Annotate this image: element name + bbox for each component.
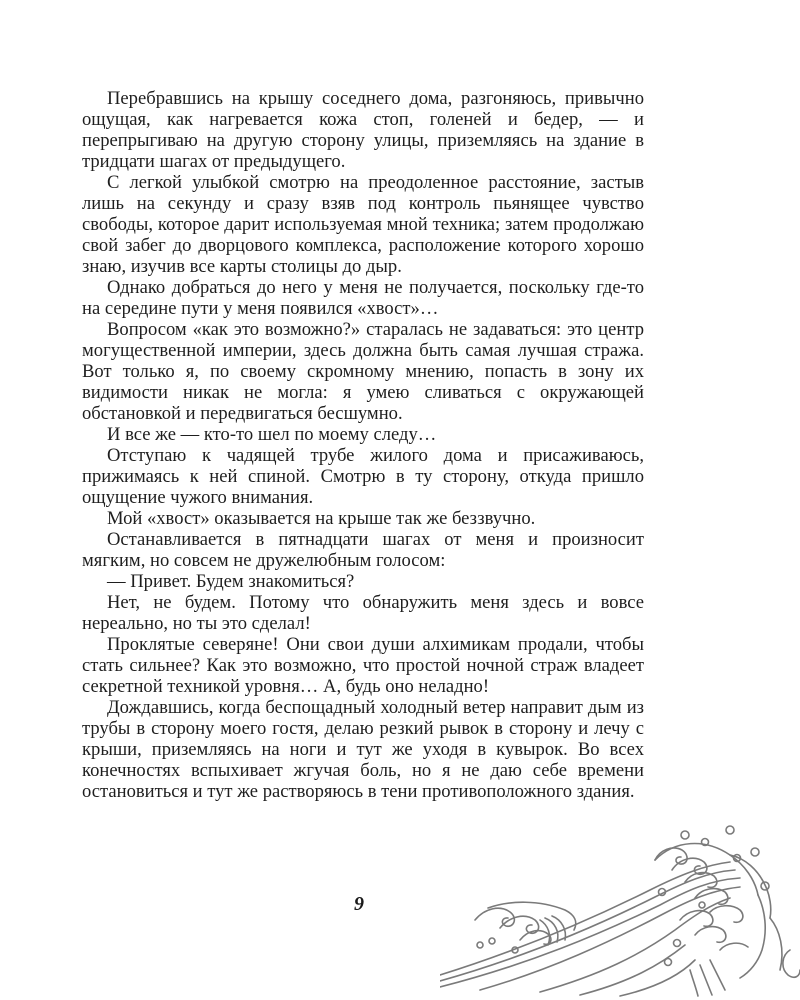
wave-illustration-icon — [440, 800, 800, 1000]
paragraph: Нет, не будем. Потому что обнаружить мен… — [82, 592, 644, 634]
paragraph: Однако добраться до него у меня не получ… — [82, 277, 644, 319]
paragraph: С легкой улыбкой смотрю на преодоленное … — [82, 172, 644, 277]
paragraph: Дождавшись, когда беспощадный холодный в… — [82, 697, 644, 802]
paragraph: Останавливается в пятнадцати шагах от ме… — [82, 529, 644, 571]
paragraph: Отступаю к чадящей трубе жилого дома и п… — [82, 445, 644, 508]
book-page: Перебравшись на крышу соседнего дома, ра… — [0, 0, 800, 1000]
paragraph: Вопросом «как это возможно?» старалась н… — [82, 319, 644, 424]
paragraph: Перебравшись на крышу соседнего дома, ра… — [82, 88, 644, 172]
paragraph: Проклятые северяне! Они свои души алхими… — [82, 634, 644, 697]
body-text: Перебравшись на крышу соседнего дома, ра… — [82, 88, 644, 802]
page-number: 9 — [354, 893, 364, 916]
paragraph: — Привет. Будем знакомиться? — [82, 571, 644, 592]
paragraph: И все же — кто-то шел по моему следу… — [82, 424, 644, 445]
paragraph: Мой «хвост» оказывается на крыше так же … — [82, 508, 644, 529]
